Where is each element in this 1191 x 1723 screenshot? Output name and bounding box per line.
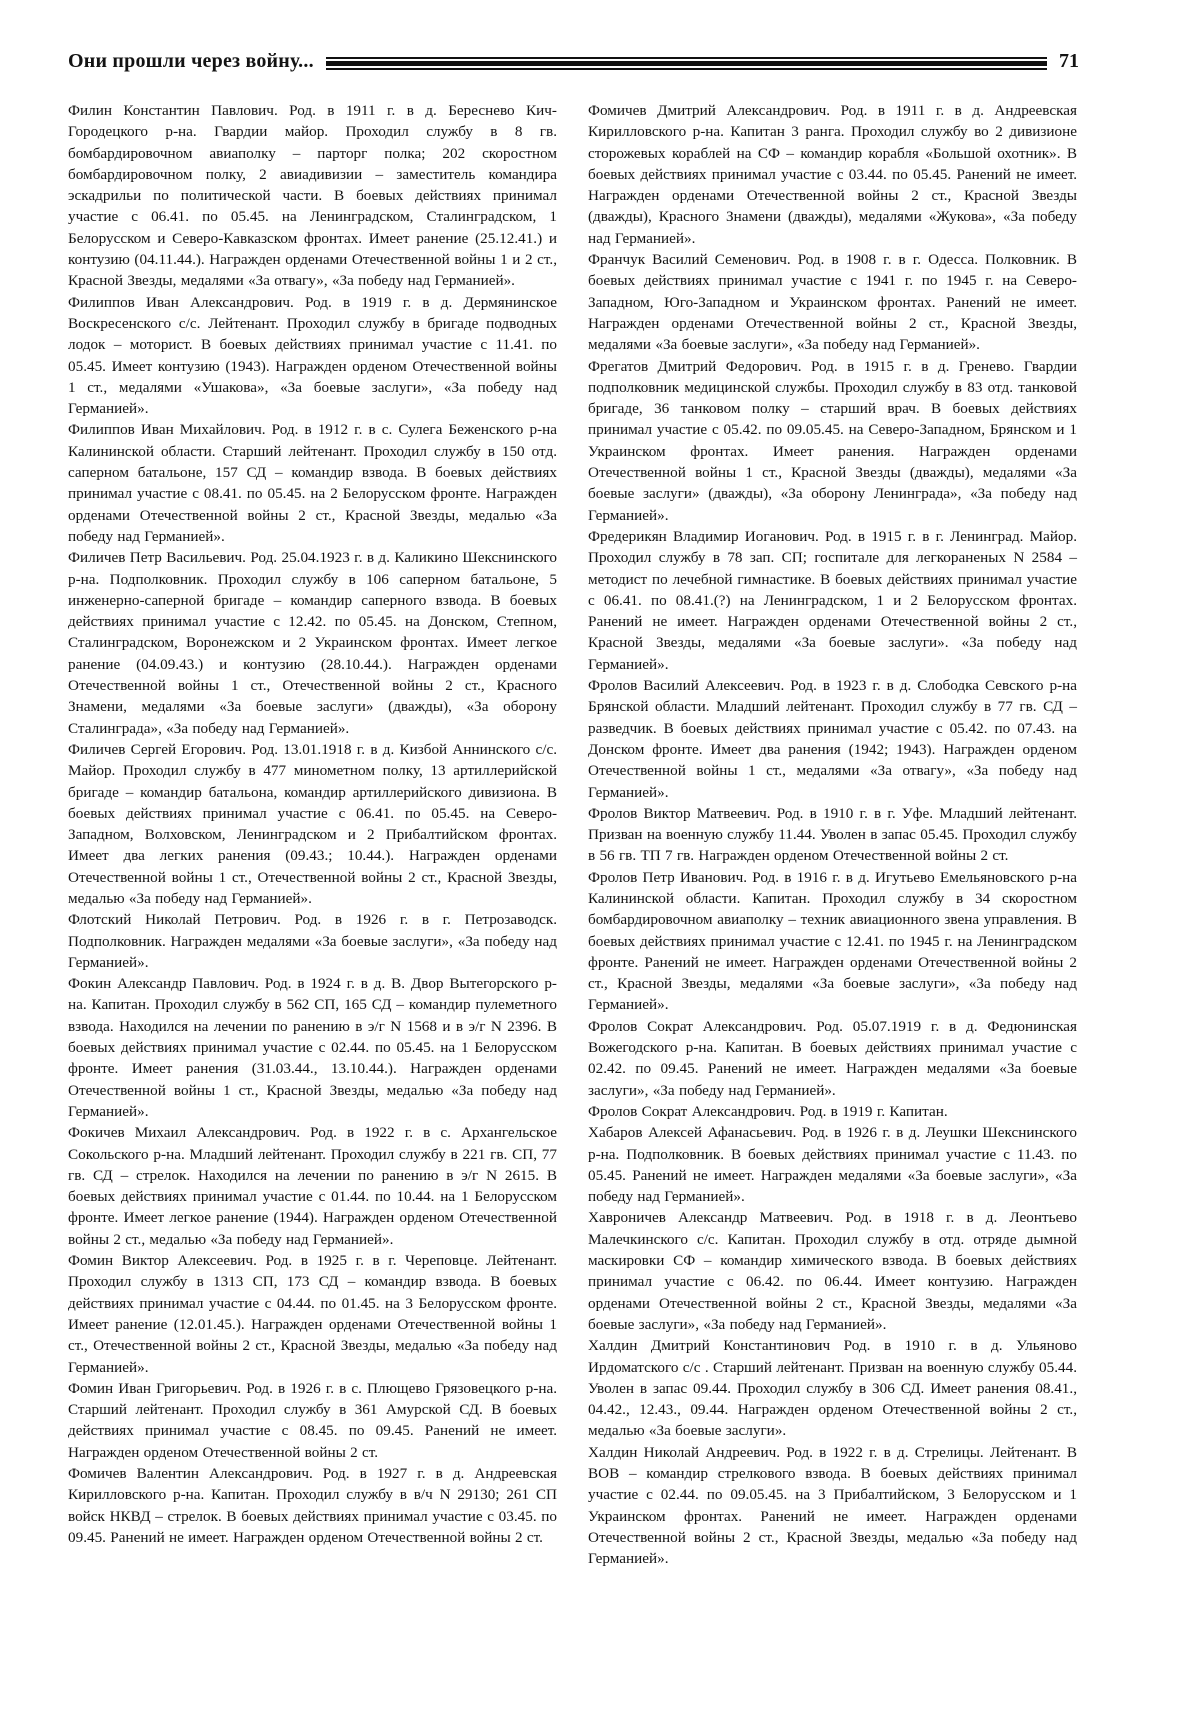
biography-entry: Халдин Николай Андреевич. Род. в 1922 г.… (588, 1442, 1077, 1570)
header-rule-divider (326, 57, 1047, 70)
biography-entry: Фокичев Михаил Александрович. Род. в 192… (68, 1122, 557, 1250)
page-number: 71 (1059, 50, 1079, 73)
biography-entry: Фомин Виктор Алексеевич. Род. в 1925 г. … (68, 1250, 557, 1378)
right-column: Фомичев Дмитрий Александрович. Род. в 19… (588, 100, 1077, 1569)
book-page: Они прошли через войну... 71 Филин Конст… (0, 0, 1191, 1723)
biography-entry: Фокин Александр Павлович. Род. в 1924 г.… (68, 973, 557, 1122)
biography-entry: Фролов Сократ Александрович. Род. в 1919… (588, 1101, 1077, 1122)
biography-entry: Фомичев Валентин Александрович. Род. в 1… (68, 1463, 557, 1548)
biography-entry: Филиппов Иван Михайлович. Род. в 1912 г.… (68, 419, 557, 547)
biography-entry: Фролов Василий Алексеевич. Род. в 1923 г… (588, 675, 1077, 803)
left-column: Филин Константин Павлович. Род. в 1911 г… (68, 100, 557, 1569)
biography-entry: Хабаров Алексей Афанасьевич. Род. в 1926… (588, 1122, 1077, 1207)
biography-entry: Флотский Николай Петрович. Род. в 1926 г… (68, 909, 557, 973)
biography-entry: Фролов Петр Иванович. Род. в 1916 г. в д… (588, 867, 1077, 1016)
biography-entry: Фомин Иван Григорьевич. Род. в 1926 г. в… (68, 1378, 557, 1463)
biography-entry: Филин Константин Павлович. Род. в 1911 г… (68, 100, 557, 292)
biography-entry: Филичев Петр Васильевич. Род. 25.04.1923… (68, 547, 557, 739)
biography-entry: Фролов Сократ Александрович. Род. 05.07.… (588, 1016, 1077, 1101)
biography-entry: Фрегатов Дмитрий Федорович. Род. в 1915 … (588, 356, 1077, 526)
biography-entry: Фредерикян Владимир Иоганович. Род. в 19… (588, 526, 1077, 675)
biography-entry: Филичев Сергей Егорович. Род. 13.01.1918… (68, 739, 557, 909)
biography-entry: Филиппов Иван Александрович. Род. в 1919… (68, 292, 557, 420)
biography-entry: Халдин Дмитрий Константинович Род. в 191… (588, 1335, 1077, 1441)
biography-entry: Франчук Василий Семенович. Род. в 1908 г… (588, 249, 1077, 355)
running-title: Они прошли через войну... (68, 50, 314, 73)
biography-entry: Фролов Виктор Матвеевич. Род. в 1910 г. … (588, 803, 1077, 867)
page-header: Они прошли через войну... 71 (68, 50, 1079, 73)
two-column-text-block: Филин Константин Павлович. Род. в 1911 г… (68, 100, 1077, 1569)
biography-entry: Фомичев Дмитрий Александрович. Род. в 19… (588, 100, 1077, 249)
biography-entry: Хавроничев Александр Матвеевич. Род. в 1… (588, 1207, 1077, 1335)
